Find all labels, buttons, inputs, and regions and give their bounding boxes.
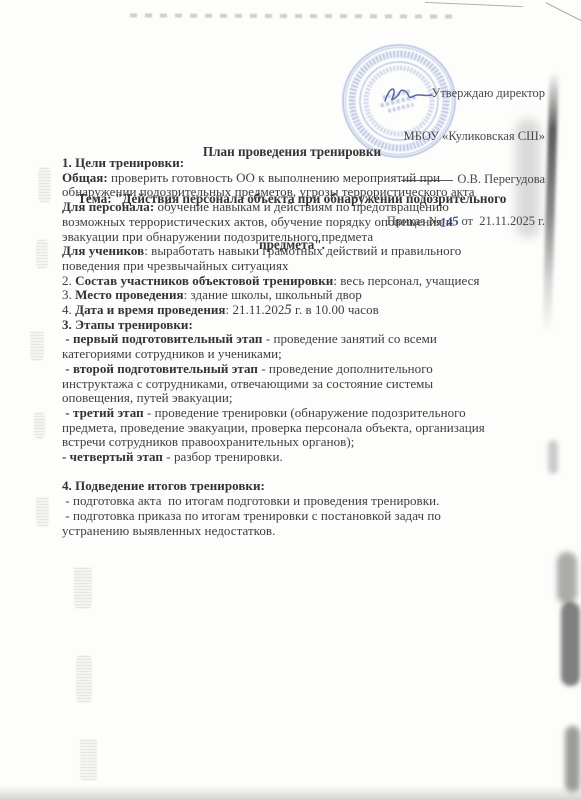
body-line: 1. Цели тренировки: xyxy=(62,156,563,171)
body-line: 4. Подведение итогов тренировки: xyxy=(62,479,563,494)
body-line: инструктажа с сотрудниками, отвечающими … xyxy=(62,377,563,392)
scan-smudge-left-4 xyxy=(34,412,45,438)
scan-smudge-right-2 xyxy=(561,602,580,686)
document-body: 1. Цели тренировки:Общая: проверить гото… xyxy=(62,156,563,538)
scanned-document-page: Утверждаю директор МБОУ «Куликовская СШ»… xyxy=(0,0,581,800)
body-line: предмета, проведение эвакуации, проверка… xyxy=(62,421,563,436)
body-line: эвакуации при обнаружении подозрительног… xyxy=(62,230,563,245)
scan-smudge-right-1 xyxy=(557,552,577,604)
body-line: - подготовка акта по итогам подготовки и… xyxy=(62,494,563,509)
scan-smudge-left-5 xyxy=(36,496,49,526)
body-line: поведения при чрезвычайных ситуациях xyxy=(62,259,563,274)
scan-smudge-top xyxy=(130,13,460,18)
scan-smudge-left-7 xyxy=(76,656,92,702)
body-line: возможных террористических актов, обучен… xyxy=(62,215,563,230)
body-line: оповещения, путей эвакуации; xyxy=(62,391,563,406)
body-line: Для персонала: обучение навыкам и действ… xyxy=(62,200,563,215)
scan-smudge-left-1 xyxy=(38,168,51,202)
body-line: 3. Этапы тренировки: xyxy=(62,318,563,333)
body-line: - первый подготовительный этап - проведе… xyxy=(62,332,563,347)
body-line xyxy=(62,465,563,480)
body-line: - подготовка приказа по итогам тренировк… xyxy=(62,509,563,524)
body-line: 2. Состав участников объектовой трениров… xyxy=(62,274,563,289)
body-line: обнаружении подозрительных предметов, уг… xyxy=(62,185,563,200)
scan-bottom-shadow xyxy=(0,785,581,800)
body-line: устранению выявленных недостатков. xyxy=(62,524,563,539)
body-line: Общая: проверить готовность ОО к выполне… xyxy=(62,171,563,186)
body-line: - третий этап - проведение тренировки (о… xyxy=(62,406,563,421)
body-line: - четвертый этап - разбор тренировки. xyxy=(62,450,563,465)
scan-line-top-right xyxy=(425,2,523,7)
body-line: встречи сотрудников правоохранительных о… xyxy=(62,435,563,450)
body-line: - второй подготовительный этап - проведе… xyxy=(62,362,563,377)
handwritten-signature xyxy=(383,86,435,106)
scan-smudge-left-8 xyxy=(80,738,97,780)
body-line: 4. Дата и время проведения: 21.11.2025 г… xyxy=(62,303,563,318)
body-line: 3. Место проведения: здание школы, школь… xyxy=(62,288,563,303)
scan-line-corner xyxy=(546,2,581,26)
scan-smudge-left-3 xyxy=(30,330,44,360)
scan-smudge-right-3 xyxy=(565,726,580,792)
scan-smudge-left-6 xyxy=(74,566,92,608)
scan-smudge-left-2 xyxy=(36,240,48,268)
body-line: Для учеников: выработать навыки грамотны… xyxy=(62,244,563,259)
body-line: категориями сотрудников и учениками; xyxy=(62,347,563,362)
